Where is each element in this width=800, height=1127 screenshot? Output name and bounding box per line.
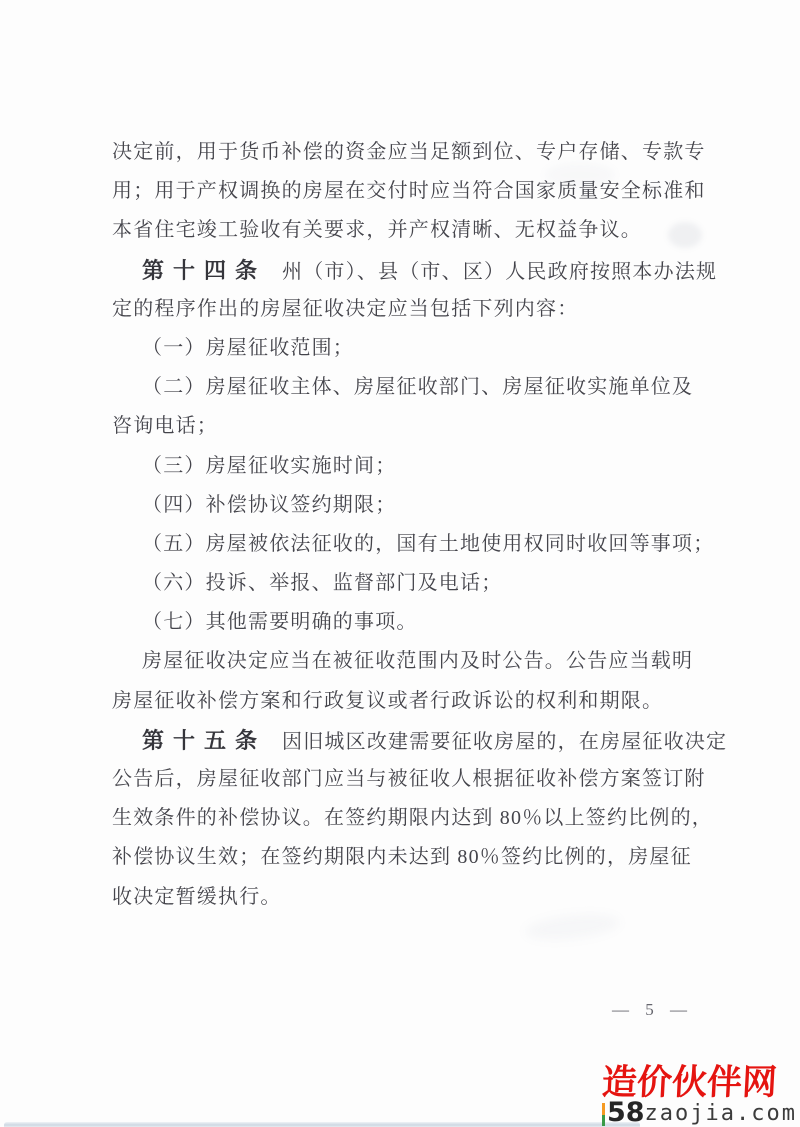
- text-line: 咨询电话；: [112, 407, 752, 446]
- text-line: （一）房屋征收范围；: [112, 329, 752, 368]
- document-body: 决定前，用于货币补偿的资金应当足额到位、专户存储、专款专用；用于产权调换的房屋在…: [112, 133, 752, 917]
- text-line-content: （一）房屋征收范围；: [142, 337, 354, 359]
- text-line-content: （七）其他需要明确的事项。: [142, 611, 418, 633]
- text-line: （三）房屋征收实施时间；: [112, 447, 752, 486]
- text-line-content: 补偿协议生效；在签约期限内未达到 80％签约比例的，房屋征: [112, 846, 692, 868]
- text-line: （四）补偿协议签约期限；: [112, 486, 752, 525]
- text-line-content: （五）房屋被依法征收的，国有土地使用权同时收回等事项；: [142, 533, 714, 555]
- watermark-site-name: 造价伙伴网: [601, 1065, 798, 1101]
- text-line: （六）投诉、举报、监督部门及电话；: [112, 564, 752, 603]
- text-line-content: 咨询电话；: [112, 415, 218, 437]
- watermark-logo-tick-icon: [602, 1103, 605, 1126]
- text-line-content: 生效条件的补偿协议。在签约期限内达到 80％以上签约比例的，: [112, 807, 713, 829]
- article-number: 第十五条: [142, 728, 266, 753]
- text-line-content: 公告后，房屋征收部门应当与被征收人根据征收补偿方案签订附: [112, 768, 706, 790]
- text-line-content: 决定前，用于货币补偿的资金应当足额到位、专户存储、专款专: [112, 141, 706, 163]
- scan-edge-shadow: [4, 1122, 640, 1127]
- article-number: 第十四条: [142, 258, 266, 283]
- text-line-content: 房屋征收决定应当在被征收范围内及时公告。公告应当载明: [142, 650, 693, 672]
- text-line: （二）房屋征收主体、房屋征收部门、房屋征收实施单位及: [112, 368, 752, 407]
- text-line: 用；用于产权调换的房屋在交付时应当符合国家质量安全标准和: [112, 172, 752, 211]
- text-line: （五）房屋被依法征收的，国有土地使用权同时收回等事项；: [112, 525, 752, 564]
- text-line: 房屋征收决定应当在被征收范围内及时公告。公告应当载明: [112, 642, 752, 681]
- text-line: 决定前，用于货币补偿的资金应当足额到位、专户存储、专款专: [112, 133, 752, 172]
- text-line-content: （六）投诉、举报、监督部门及电话；: [142, 572, 502, 594]
- text-line-content: （三）房屋征收实施时间；: [142, 455, 396, 477]
- text-line: 补偿协议生效；在签约期限内未达到 80％签约比例的，房屋征: [112, 838, 752, 877]
- text-line: 生效条件的补偿协议。在签约期限内达到 80％以上签约比例的，: [112, 799, 752, 838]
- text-line: 房屋征收补偿方案和行政复议或者行政诉讼的权利和期限。: [112, 682, 752, 721]
- text-line-content: 因旧城区改建需要征收房屋的，在房屋征收决定: [282, 731, 727, 753]
- text-line-content: （二）房屋征收主体、房屋征收部门、房屋征收实施单位及: [142, 376, 693, 398]
- text-line-content: 收决定暂缓执行。: [112, 886, 282, 908]
- text-line-content: 房屋征收补偿方案和行政复议或者行政诉讼的权利和期限。: [112, 690, 663, 712]
- text-line-content: 定的程序作出的房屋征收决定应当包括下列内容：: [112, 298, 578, 320]
- text-line: 本省住宅竣工验收有关要求，并产权清晰、无权益争议。: [112, 211, 752, 250]
- text-line: 定的程序作出的房屋征收决定应当包括下列内容：: [112, 290, 752, 329]
- text-line-content: 州（市）、县（市、区）人民政府按照本办法规: [282, 261, 717, 283]
- text-line: （七）其他需要明确的事项。: [112, 603, 752, 642]
- page-number: — 5 —: [612, 1000, 688, 1020]
- text-line-content: 用；用于产权调换的房屋在交付时应当符合国家质量安全标准和: [112, 180, 706, 202]
- text-line: 公告后，房屋征收部门应当与被征收人根据征收补偿方案签订附: [112, 760, 752, 799]
- watermark-url-suffix: zaojia.com: [645, 1102, 797, 1126]
- scanned-document-page: 决定前，用于货币补偿的资金应当足额到位、专户存储、专款专用；用于产权调换的房屋在…: [0, 0, 800, 1127]
- watermark: 造价伙伴网 58zaojia.com: [602, 1065, 797, 1126]
- text-line: 第十五条因旧城区改建需要征收房屋的，在房屋征收决定: [112, 721, 752, 760]
- text-line-content: （四）补偿协议签约期限；: [142, 494, 396, 516]
- text-line-content: 本省住宅竣工验收有关要求，并产权清晰、无权益争议。: [112, 219, 642, 241]
- text-line: 第十四条州（市）、县（市、区）人民政府按照本办法规: [112, 251, 752, 290]
- text-line: 收决定暂缓执行。: [112, 878, 752, 917]
- watermark-url-prefix: 58: [607, 1100, 645, 1126]
- watermark-site-url: 58zaojia.com: [602, 1100, 797, 1126]
